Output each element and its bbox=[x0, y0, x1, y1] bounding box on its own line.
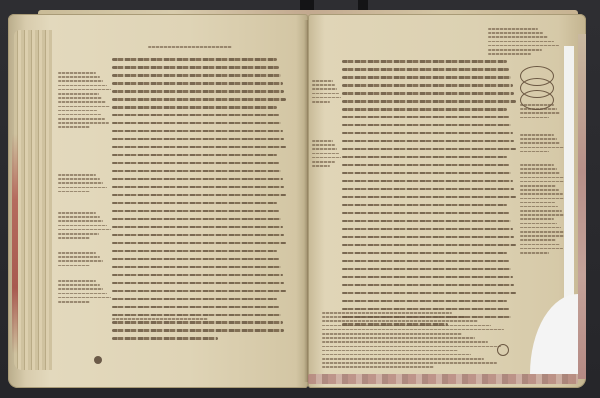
left-gloss-3 bbox=[58, 212, 112, 241]
script-line bbox=[112, 106, 277, 109]
script-line bbox=[58, 297, 111, 299]
left-main-text bbox=[112, 58, 288, 345]
script-line bbox=[112, 90, 284, 93]
script-line bbox=[520, 227, 561, 229]
left-top-note bbox=[148, 46, 288, 50]
script-line bbox=[322, 312, 452, 314]
left-bottom-note bbox=[112, 318, 272, 322]
script-line bbox=[342, 212, 509, 215]
left-gloss-2 bbox=[58, 174, 112, 195]
script-line bbox=[520, 206, 558, 208]
script-line bbox=[342, 124, 511, 127]
script-line bbox=[312, 157, 341, 159]
script-line bbox=[520, 244, 560, 246]
script-line bbox=[520, 223, 557, 225]
script-line bbox=[112, 226, 283, 229]
script-line bbox=[112, 122, 281, 125]
script-line bbox=[112, 186, 284, 189]
script-line bbox=[58, 174, 96, 176]
script-line bbox=[520, 235, 568, 237]
script-line bbox=[112, 318, 208, 320]
circle-diagram bbox=[516, 60, 558, 120]
script-line bbox=[112, 114, 279, 117]
script-line bbox=[58, 97, 102, 99]
script-line bbox=[520, 151, 549, 153]
script-line bbox=[112, 306, 279, 309]
script-line bbox=[112, 290, 286, 293]
script-line bbox=[342, 228, 513, 231]
script-line bbox=[58, 85, 107, 87]
script-line bbox=[112, 314, 281, 317]
script-line bbox=[342, 204, 507, 207]
script-line bbox=[312, 80, 333, 82]
script-line bbox=[520, 198, 566, 200]
script-line bbox=[58, 237, 90, 239]
script-line bbox=[342, 268, 511, 271]
script-line bbox=[58, 106, 110, 108]
right-gloss-side-2 bbox=[520, 134, 568, 155]
script-line bbox=[58, 187, 107, 189]
script-line bbox=[112, 250, 277, 253]
script-line bbox=[312, 144, 335, 146]
script-line bbox=[312, 93, 339, 95]
script-line bbox=[322, 354, 471, 356]
script-line bbox=[342, 236, 514, 239]
script-line bbox=[112, 337, 218, 340]
script-line bbox=[58, 225, 107, 227]
script-line bbox=[342, 116, 509, 119]
script-line bbox=[342, 172, 511, 175]
script-line bbox=[58, 233, 99, 235]
script-line bbox=[58, 256, 100, 258]
script-line bbox=[342, 140, 514, 143]
script-line bbox=[112, 82, 283, 85]
script-line bbox=[58, 89, 111, 91]
script-line bbox=[112, 58, 277, 61]
script-line bbox=[342, 300, 507, 303]
script-line bbox=[112, 210, 279, 213]
script-line bbox=[312, 148, 337, 150]
script-line bbox=[58, 301, 90, 303]
script-line bbox=[322, 337, 475, 339]
right-main-text bbox=[342, 60, 518, 331]
script-line bbox=[312, 165, 330, 167]
page-edges bbox=[14, 30, 52, 370]
script-line bbox=[342, 164, 509, 167]
script-line bbox=[58, 72, 96, 74]
script-line bbox=[342, 180, 513, 183]
script-line bbox=[112, 329, 284, 332]
script-line bbox=[520, 252, 549, 254]
script-line bbox=[112, 242, 286, 245]
script-line bbox=[488, 41, 554, 43]
right-gloss-left-1 bbox=[312, 80, 342, 105]
script-line bbox=[488, 36, 548, 38]
script-line bbox=[312, 97, 341, 99]
script-line bbox=[112, 74, 281, 77]
script-line bbox=[322, 366, 434, 368]
script-line bbox=[488, 49, 542, 51]
manuscript bbox=[8, 14, 586, 388]
script-line bbox=[58, 280, 96, 282]
script-line bbox=[342, 92, 514, 95]
script-line bbox=[58, 220, 103, 222]
script-line bbox=[58, 114, 101, 116]
script-line bbox=[520, 210, 562, 212]
script-line bbox=[342, 100, 516, 103]
script-line bbox=[322, 325, 491, 327]
left-gloss-5 bbox=[58, 280, 112, 305]
script-line bbox=[58, 216, 100, 218]
script-line bbox=[520, 181, 567, 183]
script-line bbox=[58, 126, 90, 128]
script-line bbox=[342, 276, 513, 279]
script-line bbox=[312, 140, 333, 142]
script-line bbox=[58, 260, 103, 262]
script-line bbox=[58, 191, 90, 193]
script-line bbox=[322, 320, 478, 322]
script-line bbox=[342, 220, 511, 223]
left-gloss-1 bbox=[58, 72, 112, 131]
script-line bbox=[520, 214, 565, 216]
right-gloss-top bbox=[488, 28, 560, 57]
right-binding bbox=[578, 34, 586, 379]
script-line bbox=[58, 93, 99, 95]
left-page bbox=[8, 14, 308, 388]
script-line bbox=[112, 130, 283, 133]
script-line bbox=[58, 284, 100, 286]
script-line bbox=[342, 244, 516, 247]
right-gloss-left-2 bbox=[312, 140, 342, 169]
script-line bbox=[520, 147, 564, 149]
script-line bbox=[58, 212, 96, 214]
script-line bbox=[112, 266, 281, 269]
script-line bbox=[322, 329, 504, 331]
script-line bbox=[520, 202, 555, 204]
script-line bbox=[112, 66, 279, 69]
script-line bbox=[112, 282, 284, 285]
script-line bbox=[312, 153, 339, 155]
script-line bbox=[488, 45, 559, 47]
script-line bbox=[112, 274, 283, 277]
script-line bbox=[322, 346, 501, 348]
script-line bbox=[520, 168, 557, 170]
script-line bbox=[58, 178, 100, 180]
script-line bbox=[112, 178, 283, 181]
circle-icon bbox=[520, 90, 554, 110]
script-line bbox=[58, 110, 97, 112]
script-line bbox=[322, 362, 497, 364]
script-line bbox=[58, 288, 103, 290]
script-line bbox=[112, 162, 279, 165]
script-line bbox=[58, 76, 100, 78]
small-circle-diagram bbox=[497, 344, 509, 356]
script-line bbox=[58, 265, 90, 267]
script-line bbox=[342, 60, 507, 63]
script-line bbox=[322, 333, 462, 335]
script-line bbox=[312, 88, 337, 90]
script-line bbox=[342, 148, 516, 151]
script-line bbox=[342, 292, 516, 295]
script-line bbox=[58, 118, 105, 120]
script-line bbox=[488, 53, 531, 55]
script-line bbox=[112, 194, 286, 197]
script-line bbox=[112, 170, 281, 173]
script-line bbox=[112, 202, 277, 205]
script-line bbox=[520, 239, 556, 241]
ink-blot bbox=[94, 356, 102, 364]
script-line bbox=[520, 231, 564, 233]
script-line bbox=[520, 193, 563, 195]
script-line bbox=[520, 172, 560, 174]
script-line bbox=[488, 32, 543, 34]
script-line bbox=[58, 252, 96, 254]
script-line bbox=[322, 358, 484, 360]
script-line bbox=[322, 350, 458, 352]
script-line bbox=[342, 108, 507, 111]
script-line bbox=[312, 84, 335, 86]
script-line bbox=[520, 134, 554, 136]
script-line bbox=[112, 138, 284, 141]
script-line bbox=[342, 188, 514, 191]
script-line bbox=[112, 298, 277, 301]
script-line bbox=[342, 196, 516, 199]
script-line bbox=[520, 164, 554, 166]
script-line bbox=[488, 28, 538, 30]
script-line bbox=[342, 308, 509, 311]
script-line bbox=[342, 284, 514, 287]
script-line bbox=[112, 154, 277, 157]
script-line bbox=[58, 229, 111, 231]
script-line bbox=[342, 252, 507, 255]
script-line bbox=[112, 234, 284, 237]
script-line bbox=[322, 341, 488, 343]
script-line bbox=[520, 142, 560, 144]
script-line bbox=[312, 161, 335, 163]
script-line bbox=[112, 258, 279, 261]
bottom-binding bbox=[308, 374, 578, 384]
script-line bbox=[58, 80, 103, 82]
script-line bbox=[148, 46, 232, 48]
right-gloss-side-3 bbox=[520, 164, 568, 256]
script-line bbox=[520, 248, 563, 250]
script-line bbox=[112, 218, 281, 221]
script-line bbox=[58, 293, 107, 295]
script-line bbox=[58, 122, 109, 124]
script-line bbox=[520, 138, 557, 140]
red-edge-stain bbox=[12, 134, 18, 354]
script-line bbox=[342, 260, 509, 263]
script-line bbox=[58, 101, 106, 103]
script-line bbox=[520, 177, 564, 179]
script-line bbox=[520, 189, 559, 191]
script-line bbox=[112, 98, 286, 101]
script-line bbox=[322, 316, 465, 318]
script-line bbox=[342, 68, 509, 71]
right-bottom-gloss bbox=[322, 312, 508, 371]
script-line bbox=[342, 132, 513, 135]
left-gloss-4 bbox=[58, 252, 112, 269]
script-line bbox=[58, 182, 103, 184]
script-line bbox=[112, 146, 286, 149]
script-line bbox=[520, 218, 554, 220]
script-line bbox=[312, 101, 330, 103]
script-line bbox=[520, 185, 556, 187]
script-line bbox=[342, 84, 513, 87]
script-line bbox=[342, 76, 511, 79]
script-line bbox=[342, 156, 507, 159]
